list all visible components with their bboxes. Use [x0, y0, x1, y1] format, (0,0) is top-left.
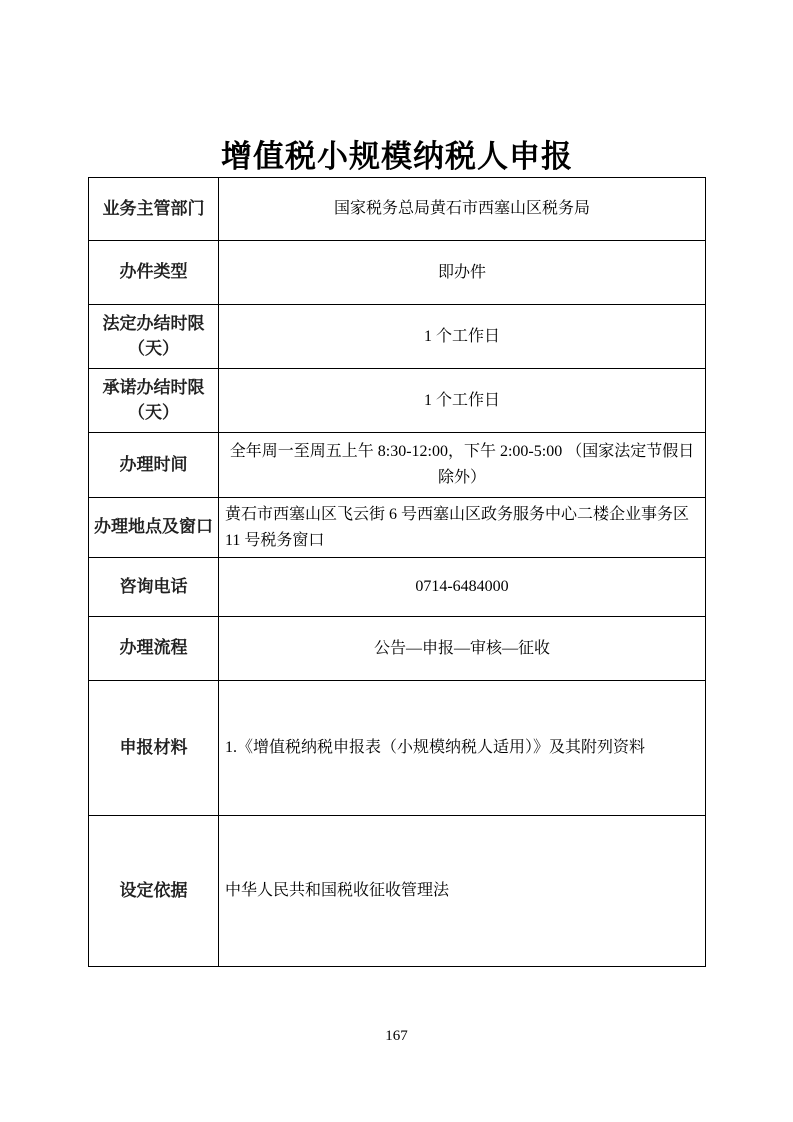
row-value: 黄石市西塞山区飞云街 6 号西塞山区政务服务中心二楼企业事务区 11 号税务窗口	[219, 498, 705, 557]
row-label: 办理地点及窗口	[89, 498, 219, 557]
row-label: 业务主管部门	[89, 178, 219, 240]
row-value: 全年周一至周五上午 8:30-12:00，下午 2:00-5:00 （国家法定节…	[219, 433, 705, 497]
row-value: 1 个工作日	[219, 305, 705, 368]
row-label: 办理时间	[89, 433, 219, 497]
row-value: 即办件	[219, 241, 705, 304]
table-row-service-hours: 办理时间 全年周一至周五上午 8:30-12:00，下午 2:00-5:00 （…	[89, 433, 705, 498]
row-label: 咨询电话	[89, 558, 219, 616]
info-table: 业务主管部门 国家税务总局黄石市西塞山区税务局 办件类型 即办件 法定办结时限 …	[88, 177, 706, 967]
table-row-item-type: 办件类型 即办件	[89, 241, 705, 305]
table-row-legal-basis: 设定依据 中华人民共和国税收征收管理法	[89, 816, 705, 966]
row-value: 1 个工作日	[219, 369, 705, 432]
row-value: 1.《增值税纳税申报表（小规模纳税人适用）》及其附列资料	[219, 681, 705, 815]
row-label: 办理流程	[89, 617, 219, 680]
table-row-application-materials: 申报材料 1.《增值税纳税申报表（小规模纳税人适用）》及其附列资料	[89, 681, 705, 816]
table-row-service-location: 办理地点及窗口 黄石市西塞山区飞云街 6 号西塞山区政务服务中心二楼企业事务区 …	[89, 498, 705, 558]
row-label: 设定依据	[89, 816, 219, 966]
table-row-process-flow: 办理流程 公告—申报—审核—征收	[89, 617, 705, 681]
document-page: 增值税小规模纳税人申报 业务主管部门 国家税务总局黄石市西塞山区税务局 办件类型…	[0, 0, 793, 1122]
table-row-consultation-phone: 咨询电话 0714-6484000	[89, 558, 705, 617]
row-value: 中华人民共和国税收征收管理法	[219, 816, 705, 966]
row-label: 法定办结时限 （天）	[89, 305, 219, 368]
row-label: 承诺办结时限 （天）	[89, 369, 219, 432]
row-value: 0714-6484000	[219, 558, 705, 616]
document-title: 增值税小规模纳税人申报	[88, 131, 706, 176]
table-row-business-department: 业务主管部门 国家税务总局黄石市西塞山区税务局	[89, 178, 705, 241]
row-value: 公告—申报—审核—征收	[219, 617, 705, 680]
table-row-promised-time-limit: 承诺办结时限 （天） 1 个工作日	[89, 369, 705, 433]
row-label: 申报材料	[89, 681, 219, 815]
row-label: 办件类型	[89, 241, 219, 304]
table-row-statutory-time-limit: 法定办结时限 （天） 1 个工作日	[89, 305, 705, 369]
page-number: 167	[0, 1028, 793, 1045]
row-value: 国家税务总局黄石市西塞山区税务局	[219, 178, 705, 240]
